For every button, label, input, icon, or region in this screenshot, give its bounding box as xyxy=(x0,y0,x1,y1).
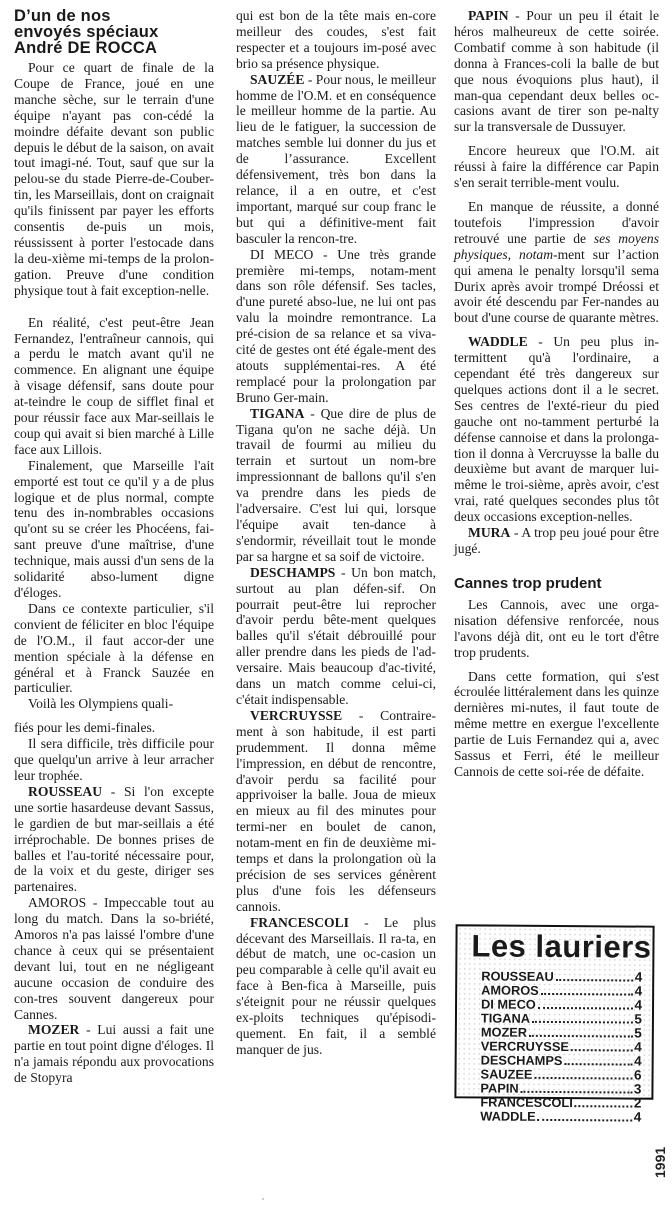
player-review-text: - Un peu plus in-termittent qu'à l'ordin… xyxy=(454,334,659,524)
ratings-box-title: Les lauriers xyxy=(471,929,652,964)
player-name: AMOROS xyxy=(28,895,86,910)
player-name: TIGANA xyxy=(250,406,304,421)
player-name: DESCHAMPS xyxy=(250,565,335,580)
leader-dots xyxy=(564,1063,633,1065)
byline-author: André DE ROCCA xyxy=(14,40,214,56)
player-review-mura: MURA - A trop peu joué pour être jugé. xyxy=(454,525,659,557)
leader-dots xyxy=(538,1119,633,1122)
player-review-tigana: TIGANA - Que dire de plus de Tigana qu'o… xyxy=(236,406,436,565)
player-name: MOZER xyxy=(28,1022,79,1037)
player-name: VERCRUYSSE xyxy=(250,708,342,723)
paragraph: Encore heureux que l'O.M. ait réussi à f… xyxy=(454,143,659,191)
rating-player-name: PAPIN xyxy=(480,1081,518,1095)
player-name: WADDLE xyxy=(468,334,528,349)
leader-dots xyxy=(575,1105,633,1107)
leader-dots xyxy=(534,1077,633,1080)
player-review-text: - Une très grande première mi-temps, not… xyxy=(236,247,436,405)
rating-score: 4 xyxy=(634,999,642,1012)
byline: D’un de nos envoyés spéciaux André DE RO… xyxy=(14,8,214,56)
print-speck xyxy=(262,1198,264,1200)
rating-score: 6 xyxy=(634,1069,642,1082)
player-name: FRANCESCOLI xyxy=(250,915,349,930)
player-review-text: - Que dire de plus de Tigana qu'on ne sa… xyxy=(236,406,436,564)
leader-dots xyxy=(521,1091,633,1094)
page-side-mark: 1991 xyxy=(652,1118,666,1178)
player-review-text: - Pour nous, le meilleur homme de l'O.M.… xyxy=(236,72,436,246)
player-review-waddle: WADDLE - Un peu plus in-termittent qu'à … xyxy=(454,334,659,525)
paragraph: Dans cette formation, qui s'est écroulée… xyxy=(454,669,659,780)
rating-player-name: FRANCESCOLI xyxy=(480,1095,573,1109)
rating-player-name: ROUSSEAU xyxy=(481,969,554,983)
ratings-list: ROUSSEAU4 AMOROS4 DI MECO4 TIGANA5 MOZER… xyxy=(456,969,652,1124)
paragraph: Dans ce contexte particulier, s'il convi… xyxy=(14,601,214,696)
player-review-text: - Contraire-ment à son habitude, il est … xyxy=(236,708,436,914)
rating-score: 5 xyxy=(634,1013,642,1026)
paragraph: fiés pour les demi-finales. xyxy=(14,720,214,736)
rating-score: 3 xyxy=(634,1083,642,1096)
rating-score: 4 xyxy=(634,1055,642,1068)
player-review-papin: PAPIN - Pour un peu il était le héros ma… xyxy=(454,8,659,135)
article-column-2: qui est bon de la tête mais en-core meil… xyxy=(236,8,436,1058)
leader-dots xyxy=(529,1035,633,1038)
rating-player-name: AMOROS xyxy=(481,983,539,997)
leader-dots xyxy=(538,1007,634,1010)
player-name: ROUSSEAU xyxy=(28,784,102,799)
article-column-1: D’un de nos envoyés spéciaux André DE RO… xyxy=(14,8,214,1086)
rating-player-name: DESCHAMPS xyxy=(481,1053,563,1067)
player-review-sauzee: SAUZÉE - Pour nous, le meilleur homme de… xyxy=(236,72,436,247)
paragraph: Les Cannois, avec une orga-nisation défe… xyxy=(454,597,659,661)
paragraph: qui est bon de la tête mais en-core meil… xyxy=(236,8,436,72)
player-review-text: - Si l'on excepte une sortie hasardeuse … xyxy=(14,784,214,894)
section-subheading: Cannes trop prudent xyxy=(454,575,659,593)
rating-player-name: DI MECO xyxy=(481,997,536,1011)
paragraph: En manque de réussite, a donné toutefois… xyxy=(454,199,659,326)
player-review-text: - Un bon match, surtout au plan défen-si… xyxy=(236,565,436,707)
byline-line-1: D’un de nos xyxy=(14,8,214,24)
rating-row: WADDLE4 xyxy=(480,1109,641,1124)
rating-player-name: TIGANA xyxy=(481,1011,530,1025)
player-review-dimeco: DI MECO - Une très grande première mi-te… xyxy=(236,247,436,406)
article-column-3: PAPIN - Pour un peu il était le héros ma… xyxy=(454,8,659,780)
player-name: PAPIN xyxy=(468,8,509,23)
leader-dots xyxy=(556,979,634,982)
player-review-text: - Le plus décevant des Marseillais. Il r… xyxy=(236,915,436,1057)
player-name: MURA xyxy=(468,525,510,540)
player-review-text: - Pour un peu il était le héros malheure… xyxy=(454,8,659,134)
player-review-text: - Impeccable tout au long du match. Dans… xyxy=(14,895,214,1021)
paragraph: Voilà les Olympiens quali- xyxy=(14,696,214,712)
paragraph: Il sera difficile, très difficile pour q… xyxy=(14,736,214,784)
rating-player-name: VERCRUYSSE xyxy=(481,1039,569,1053)
rating-score: 2 xyxy=(634,1097,642,1110)
rating-player-name: MOZER xyxy=(481,1025,527,1039)
leader-dots xyxy=(532,1021,633,1024)
player-review-rousseau: ROUSSEAU - Si l'on excepte une sortie ha… xyxy=(14,784,214,895)
rating-player-name: SAUZEE xyxy=(481,1067,533,1081)
player-name: DI MECO xyxy=(250,247,313,262)
player-review-francescoli: FRANCESCOLI - Le plus décevant des Marse… xyxy=(236,915,436,1058)
rating-score: 4 xyxy=(635,971,643,984)
player-review-amoros: AMOROS - Impeccable tout au long du matc… xyxy=(14,895,214,1022)
player-name: SAUZÉE xyxy=(250,72,304,87)
rating-score: 4 xyxy=(634,1041,642,1054)
player-review-mozer: MOZER - Lui aussi a fait une partie en t… xyxy=(14,1022,214,1086)
byline-line-2: envoyés spéciaux xyxy=(14,24,214,40)
player-review-vercruysse: VERCRUYSSE - Contraire-ment à son habitu… xyxy=(236,708,436,915)
rating-score: 4 xyxy=(635,985,643,998)
leader-dots xyxy=(541,993,634,996)
paragraph: Pour ce quart de finale de la Coupe de F… xyxy=(14,60,214,299)
rating-player-name: WADDLE xyxy=(480,1109,536,1123)
rating-score: 4 xyxy=(634,1111,642,1124)
rating-score: 5 xyxy=(634,1027,642,1040)
leader-dots xyxy=(571,1049,633,1051)
paragraph: Finalement, que Marseille l'ait emporté … xyxy=(14,458,214,601)
player-review-deschamps: DESCHAMPS - Un bon match, surtout au pla… xyxy=(236,565,436,708)
ratings-box: Les lauriers ROUSSEAU4 AMOROS4 DI MECO4 … xyxy=(454,924,654,1099)
paragraph: En réalité, c'est peut-être Jean Fernand… xyxy=(14,315,214,458)
